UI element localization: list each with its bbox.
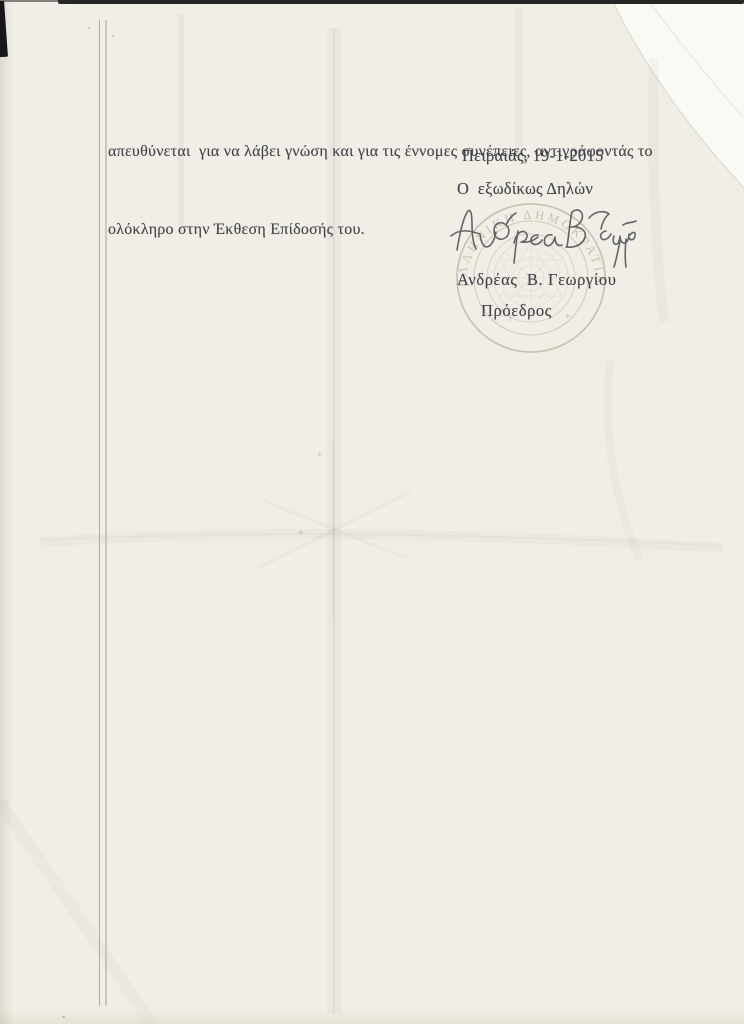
scan-corner-artifact xyxy=(0,1,8,57)
dust-speck xyxy=(88,27,90,29)
signer-name-line: Ανδρέας Β. Γεωργίου xyxy=(457,270,617,290)
scanned-document-page: + + + ΕΛΛΗΝΙΚΗ ΔΗΜΟΚΡΑΤΙΑ ΕΥ xyxy=(0,0,744,1024)
signer-title-line: Πρόεδρος xyxy=(481,301,552,321)
place-date-line: Πειραιάς, 19-1-2015 xyxy=(462,146,604,166)
dust-speck xyxy=(62,1016,65,1018)
dust-speck: + xyxy=(297,528,305,538)
margin-rule-line-left xyxy=(99,20,100,1006)
margin-rule-line-right xyxy=(105,20,107,1006)
dust-speck xyxy=(112,35,114,37)
scan-top-edge-left xyxy=(0,0,70,2)
handwritten-signature xyxy=(448,204,638,272)
scan-top-edge xyxy=(58,0,744,4)
dust-speck: + xyxy=(316,450,324,460)
declarant-line: Ο εξωδίκως Δηλών xyxy=(457,179,593,199)
